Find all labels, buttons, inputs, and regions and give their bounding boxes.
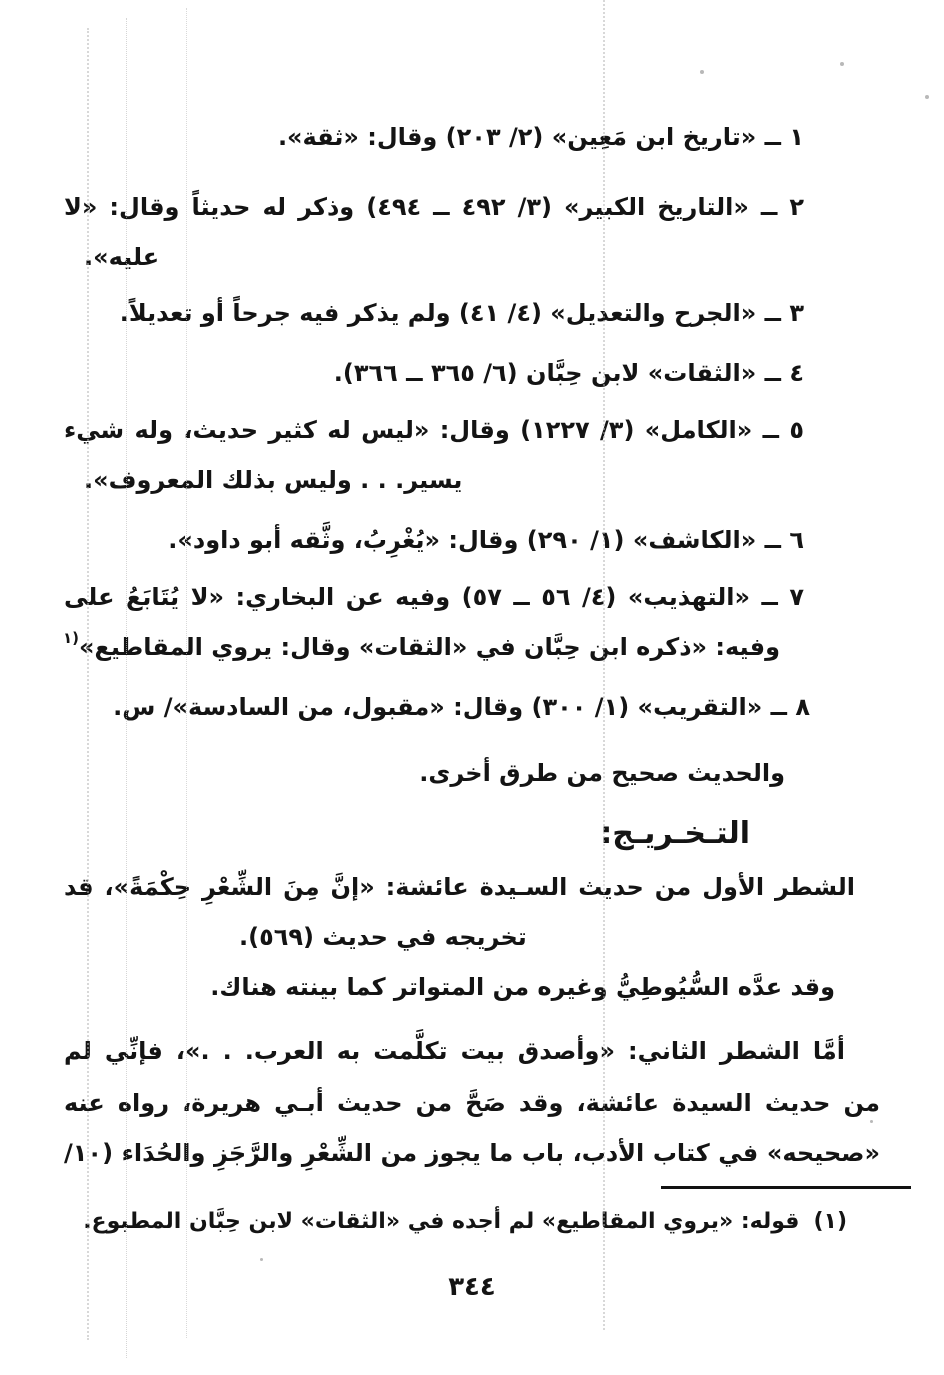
source-item-6: ٦ ــ «الكاشف» (١/ ٢٩٠) وقال: «يُغْرِبُ، …: [64, 515, 880, 565]
scan-speck-artifact: [260, 1258, 263, 1261]
source-item-2-line-1: ٢ ــ «التاريخ الكبير» (٣/ ٤٩٢ ــ ٤٩٤) وذ…: [64, 182, 880, 232]
footnote: (١)قوله: «يروي المقاطيع» لم أجده في «الث…: [0, 1200, 944, 1244]
source-item-4: ٤ ــ «الثقات» لابن حِبَّان (٦/ ٣٦٥ ــ ٣٦…: [64, 348, 880, 398]
footnote-reference-marker: (١): [64, 629, 79, 647]
page-body: ١ ــ «تاريخ ابن مَعِين» (٢/ ٢٠٣) وقال: «…: [0, 0, 944, 1178]
takhrij-paragraph-1-line-1: الشطر الأول من حديث السـيدة عائشة: «إنَّ…: [64, 862, 880, 912]
source-item-5-line-1: ٥ ــ «الكامل» (٣/ ١٢٢٧) وقال: «ليس له كث…: [64, 405, 880, 455]
source-item-7-line-1: ٧ ــ «التهذيب» (٤/ ٥٦ ــ ٥٧) وفيه عن الب…: [64, 572, 880, 622]
source-item-2-line-2: عليه».: [64, 232, 880, 282]
takhrij-paragraph-3-line-1: أمَّا الشطر الثاني: «وأصدق بيت تكلَّمت ب…: [64, 1026, 880, 1076]
takhrij-paragraph-2: وقد عدَّه السُّيُوطِيُّ وغيره من المتوات…: [64, 962, 880, 1012]
source-item-1: ١ ــ «تاريخ ابن مَعِين» (٢/ ٢٠٣) وقال: «…: [64, 112, 880, 162]
page-number: ٣٤٤: [0, 1262, 944, 1312]
source-item-5-line-2: يسير. . . وليس بذلك المعروف».: [64, 455, 880, 505]
footnote-text: قوله: «يروي المقاطيع» لم أجده في «الثقات…: [83, 1209, 799, 1234]
footnote-separator-rule: [661, 1186, 911, 1189]
footnote-marker: (١): [813, 1209, 847, 1234]
source-item-8: ٨ ــ «التقريب» (١/ ٣٠٠) وقال: «مقبول، من…: [64, 682, 880, 732]
hadith-verdict: والحديث صحيح من طرق أخرى.: [64, 748, 880, 798]
takhrij-paragraph-1-line-2: تخريجه في حديث (٥٦٩).: [64, 912, 880, 962]
source-item-3: ٣ ــ «الجرح والتعديل» (٤/ ٤١) ولم يذكر ف…: [64, 288, 880, 338]
takhrij-paragraph-3-line-2: من حديث السيدة عائشة، وقد صَحَّ من حديث …: [64, 1078, 880, 1128]
item-7-note-text: وفيه: «ذكره ابن حِبَّان في «الثقات» وقال…: [79, 633, 780, 661]
scanned-book-page: ١ ــ «تاريخ ابن مَعِين» (٢/ ٢٠٣) وقال: «…: [0, 0, 944, 1375]
takhrij-paragraph-3-line-3: «صحيحه» في كتاب الأدب، باب ما يجوز من ال…: [64, 1128, 880, 1178]
takhrij-section-heading: التـخـريـج:: [64, 806, 880, 862]
source-item-7-line-2: وفيه: «ذكره ابن حِبَّان في «الثقات» وقال…: [64, 622, 880, 672]
